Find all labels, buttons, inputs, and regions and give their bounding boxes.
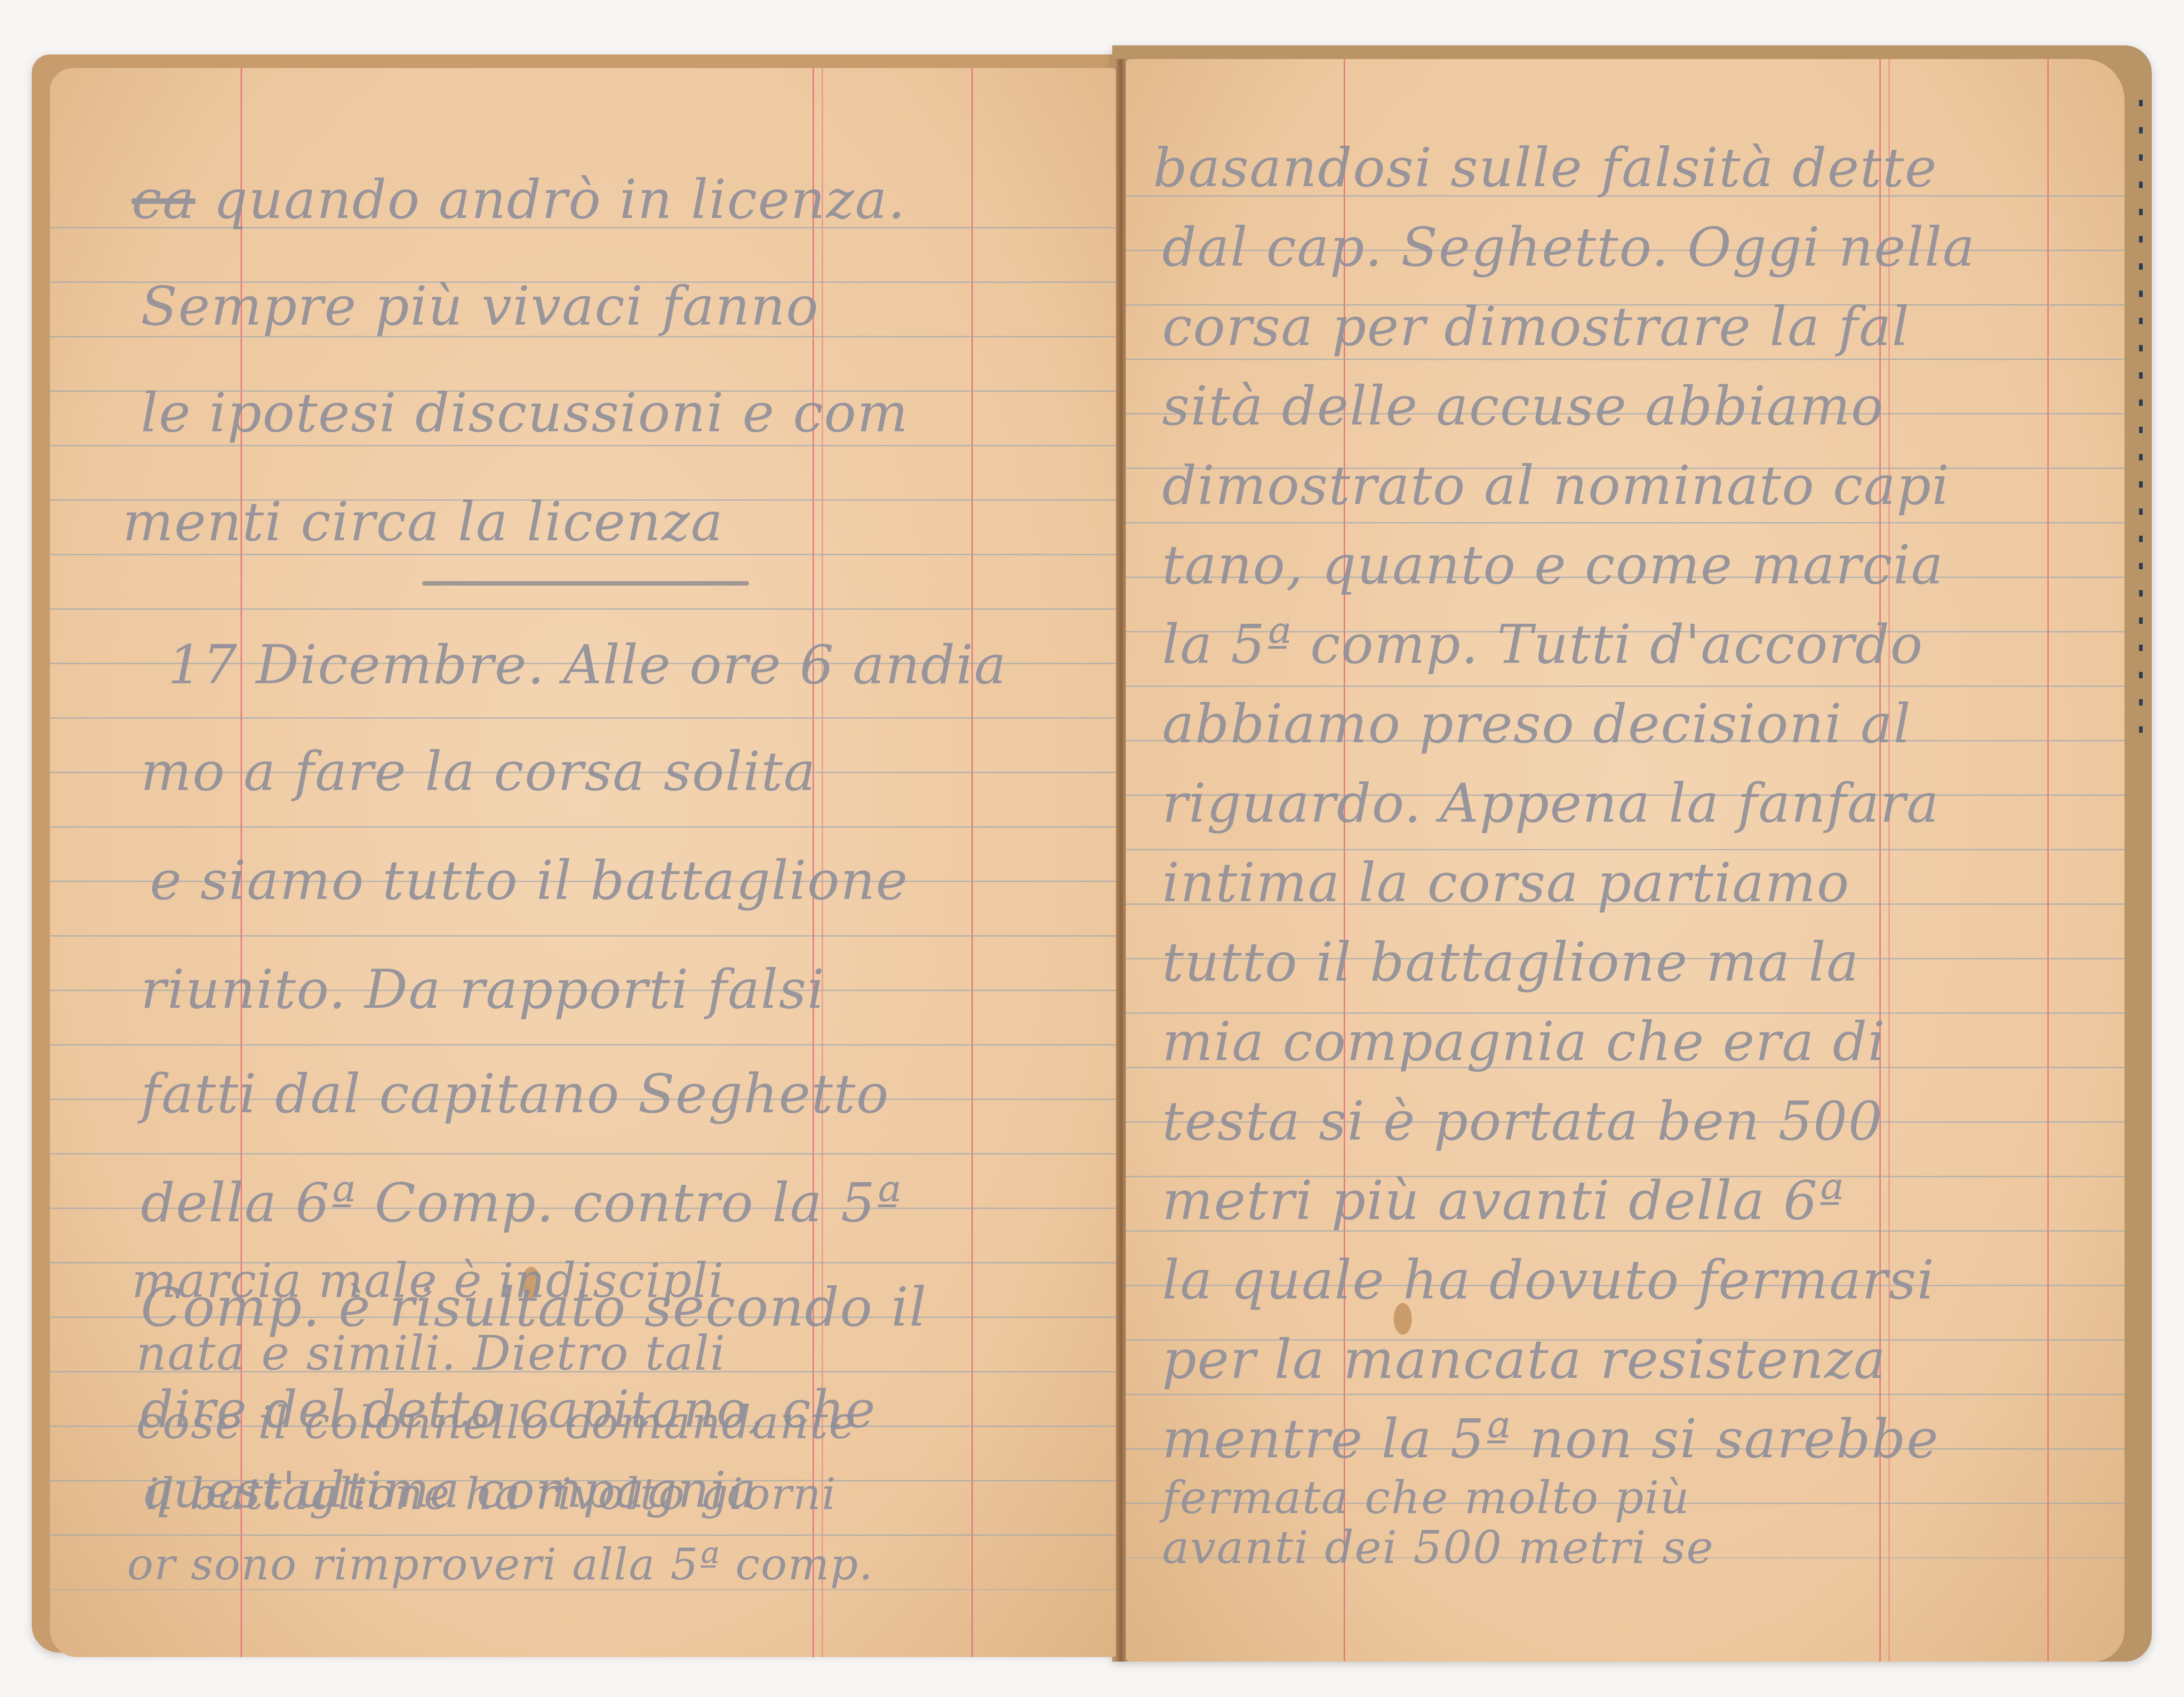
handwritten-line: abbiamo preso decisioni al [1162, 692, 1912, 755]
rule-line [1126, 1394, 2125, 1395]
handwritten-line: cose il colonnello comandante [136, 1396, 857, 1449]
right-page: basandosi sulle falsità dette dal cap. S… [1126, 59, 2125, 1662]
handwritten-line: avanti dei 500 metri se [1162, 1521, 1714, 1574]
handwritten-line: intima la corsa partiamo [1162, 851, 1850, 914]
handwritten-line: metri più avanti della 6ª [1162, 1169, 1844, 1232]
rule-line [1126, 849, 2125, 850]
margin-line-right [2047, 59, 2049, 1662]
handwritten-line: sità delle accuse abbiamo [1162, 375, 1884, 437]
handwritten-line: testa si è portata ben 500 [1162, 1090, 1883, 1152]
handwritten-line: fermata che molto più [1162, 1471, 1690, 1524]
handwritten-line: mentre la 5ª non si sarebbe [1162, 1407, 1939, 1470]
handwritten-line: tutto il battaglione ma la [1162, 931, 1859, 993]
rule-line [1126, 686, 2125, 687]
cover-edge-stitching [2139, 100, 2143, 735]
rule-line [1126, 522, 2125, 523]
handwritten-line: tano, quanto e come marcia [1162, 533, 1944, 596]
handwritten-line: dimostrato al nominato capi [1162, 454, 1950, 517]
handwritten-line: la 5ª comp. Tutti d'accordo [1162, 613, 1923, 676]
handwritten-line: dal cap. Seghetto. Oggi nella [1162, 216, 1976, 278]
handwritten-line: nata e simili. Dietro tali [136, 1326, 726, 1381]
handwritten-line: il battaglione ha rivolto giorni [145, 1469, 837, 1519]
notebook-spine [1116, 59, 1126, 1662]
handwritten-line: or sono rimproveri alla 5ª comp. [127, 1539, 873, 1590]
handwritten-line: mia compagnia che era di [1162, 1010, 1886, 1073]
handwritten-line: basandosi sulle falsità dette [1153, 136, 1937, 199]
handwritten-line: riguardo. Appena la fanfara [1162, 772, 1939, 834]
handwritten-line: per la mancata resistenza [1162, 1328, 1887, 1391]
handwritten-line: la quale ha dovuto fermarsi [1162, 1248, 1935, 1311]
rule-line [1126, 359, 2125, 360]
handwritten-line: marcia male è indiscipli [132, 1253, 725, 1308]
handwritten-line: corsa per dimostrare la fal [1162, 295, 1910, 358]
